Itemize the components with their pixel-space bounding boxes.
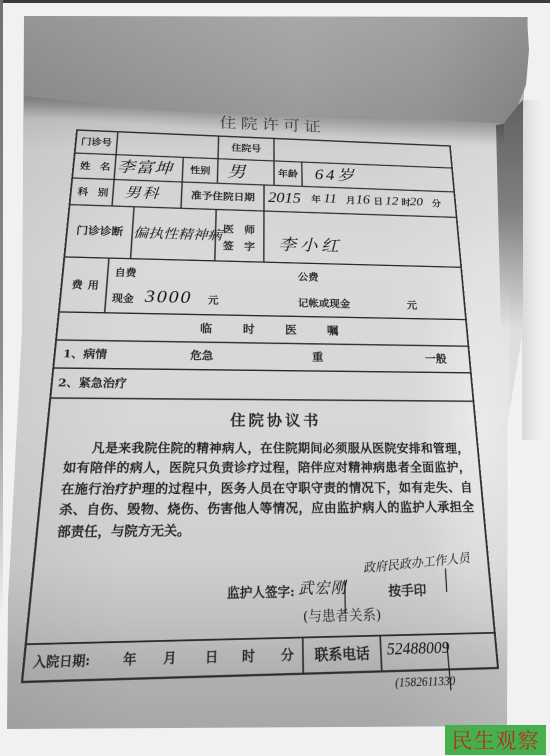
glyph: 在 [61,482,75,495]
glyph: ， [386,481,399,493]
glyph: 患 [385,462,398,474]
admission-date-minute-unit: 分 [281,638,294,675]
glyph: 由 [324,502,337,515]
glyph: 精 [196,442,209,454]
glyph: 的 [183,442,196,454]
agreement-line: 部责任，与院方无关。 [56,520,190,543]
glyph: 医 [169,462,182,474]
temporary-orders-heading: 临时医嘱 [200,315,339,345]
admission-date-year-unit: 年 [122,642,138,679]
department-label: 科别 [76,178,109,206]
glyph: 应 [323,462,336,474]
glyph: 服 [347,442,360,454]
glyph: 护 [446,462,459,474]
glyph: ， [285,462,298,474]
glyph: 签 [223,242,234,252]
age-label: 年龄 [274,161,302,186]
glyph: 名 [100,162,111,171]
permit-date-month: 11 [323,186,337,212]
glyph: 病 [373,462,386,474]
glyph: 人 [246,502,259,515]
glyph: 毁 [127,503,141,516]
diagnosis-label: 门诊诊断 [64,205,134,259]
glyph: 神 [209,442,222,454]
gender-label: 性别 [182,157,218,183]
glyph: 担 [449,501,462,514]
cash-amount: 3000 [144,287,192,308]
guardian-signature: 武宏刚 [298,577,347,600]
glyph: ， [298,502,311,515]
glyph: ， [457,442,470,454]
glyph: 病 [129,462,143,475]
glyph: 来 [118,442,132,454]
glyph: 物 [140,503,154,516]
glyph: 施 [74,482,88,495]
glyph: 院 [384,442,397,454]
glyph: 的 [116,462,130,475]
glyph: 治 [101,482,115,495]
glyph: 、 [154,503,168,516]
admission-date-label: 入院日期: [31,643,91,682]
glyph: 对 [335,462,348,474]
glyph: 必 [323,442,335,454]
department-value: 男科 [124,180,162,208]
glyph: 、 [194,503,207,516]
glyph: 伴 [103,462,117,475]
glyph: 管 [433,442,446,454]
agreement-line: 如有陪伴的病人，医院只负责诊疗过程，陪伴应对精神病患者全面监护， [62,458,471,479]
glyph: 院 [144,442,157,454]
glyph: 、 [72,503,86,516]
glyph: 害 [220,502,233,515]
glyph: 伤 [207,502,220,515]
glyph: 人 [424,501,437,514]
glyph: 病 [362,502,375,515]
glyph: ， [156,462,169,475]
fees-label: 费用 [69,257,101,312]
glyph: 我 [131,442,145,454]
glyph: 者 [397,462,410,474]
glyph: 监 [434,462,447,474]
row-line [50,398,473,401]
glyph: 情 [273,502,286,515]
glyph: 程 [181,482,194,495]
paper-outer-shade [522,100,544,440]
glyph: 、 [113,503,127,516]
glyph: 院 [170,442,183,454]
glyph: 守 [311,482,324,495]
physician-label-bottom: 签字 [223,238,255,255]
permit-date-day-unit: 日 [373,189,384,215]
glyph: 人 [374,501,387,514]
glyph: 人 [235,442,248,454]
glyph: 和 [421,442,434,454]
glyph: 有 [411,481,424,493]
physician-signature: 李小红 [278,235,342,258]
glyph: ， [208,482,221,495]
glyph: 诊 [234,462,247,474]
permit-date-day: 16 [355,188,370,214]
relationship-label: (与患者关系) [303,605,382,627]
glyph: 医 [285,324,297,335]
glyph: 的 [155,482,169,495]
glyph: 安 [396,442,409,454]
glyph: ， [458,462,471,474]
glyph: 在 [260,442,272,454]
glyph: 凡 [91,442,105,454]
glyph: 程 [273,462,285,474]
glyph: 科 [77,187,88,196]
glyph: 全 [461,501,474,514]
glyph: 住 [273,442,285,454]
glyph: 中 [194,482,207,495]
scanned-document-page: 住院许可证 [0,0,550,756]
glyph: 自 [86,503,100,516]
condition-label: 1、病情 [62,340,108,369]
glyph: 的 [387,501,400,514]
outpatient-no-label: 门诊号 [75,130,118,155]
glyph: 过 [260,462,273,474]
glyph: 下 [374,481,387,493]
phone-value: 52488009 [386,631,451,668]
glyph: 院 [182,462,195,474]
guardian-signature-label: 监护人签字: [227,583,295,605]
glyph: 在 [273,482,286,495]
glyph: 如 [63,462,77,475]
watermark-badge: 民生观察 [445,725,546,755]
admission-permit-form: 住院许可证 [22,130,498,682]
glyph: 自 [460,481,473,493]
permit-date-minute: 20 [409,190,424,216]
glyph: 全 [410,462,423,474]
glyph: 走 [423,481,436,493]
glyph: 精 [348,462,361,474]
glyph: 期 [298,442,310,454]
glyph: 用 [87,280,99,290]
glyph: 应 [311,502,324,515]
glyph: 失 [435,481,448,493]
glyph: 神 [360,462,373,474]
glyph: 杀 [59,503,74,516]
condition-option-general: 一般 [424,346,448,373]
glyph: 病 [222,442,235,454]
glyph: 况 [361,481,374,493]
glyph: 医 [221,482,234,495]
glyph: 务 [234,482,247,495]
glyph: 陪 [89,462,103,475]
scanner-edge-left [0,0,3,620]
glyph: 医 [223,225,234,235]
admission-permit-date-label: 准予住院日期 [181,182,264,211]
glyph: 姓 [80,161,91,170]
permit-date-year-unit: 年 [311,187,321,213]
glyph: 时 [243,324,255,335]
glyph: 疗 [247,462,260,474]
glyph: 人 [143,462,157,475]
scanner-edge-top [0,0,550,3]
glyph: 烧 [167,503,181,516]
inpatient-no-label: 住院号 [218,136,274,161]
account-or-cash-unit: 元 [406,298,417,312]
glyph: 如 [398,481,411,493]
admission-date-day-unit: 日 [204,640,218,677]
thumbprint-label: 按手印 [388,580,427,601]
glyph: 院 [285,442,297,454]
glyph: 行 [88,482,102,495]
glyph: 别 [97,188,108,197]
emergency-treatment-label: 2、紧急治疗 [57,368,128,399]
account-or-cash-label: 记帐或现金 [298,296,350,311]
admission-date-hour-unit: 时 [242,639,255,676]
glyph: 从 [360,442,373,454]
glyph: 疗 [115,482,129,495]
glyph: 面 [422,462,435,474]
glyph: 住 [157,442,170,454]
glyph: 人 [247,482,260,495]
glyph: 字 [244,242,255,252]
glyph: 费 [71,279,83,289]
glyph: 、 [448,481,461,493]
glyph: 情 [349,481,362,493]
permit-date-month-unit: 月 [345,188,355,214]
glyph: 他 [233,502,246,515]
glyph: 监 [400,501,413,514]
pen-stroke [445,569,447,592]
glyph: 等 [260,502,273,515]
condition-option-critical: 危急 [190,342,214,370]
glyph: 护 [128,482,142,495]
gender-value: 男 [227,159,246,184]
glyph: ， [247,442,259,454]
glyph: 护 [412,501,425,514]
glyph: 负 [208,462,221,474]
glyph: 过 [168,482,181,495]
self-pay-label: 自费 [114,265,137,280]
glyph: 理 [445,442,458,454]
glyph: 员 [260,482,273,495]
glyph: 的 [336,481,349,493]
glyph: 师 [244,225,255,235]
glyph: 只 [195,462,208,474]
glyph: 监 [337,502,350,515]
glyph: 伤 [180,503,193,516]
glyph: 医 [372,442,385,454]
glyph: 责 [221,462,234,474]
glyph: 理 [141,482,155,495]
cash-unit: 元 [208,293,219,307]
glyph: 承 [437,501,450,514]
name-label: 姓名 [79,153,111,179]
glyph: 护 [349,502,362,515]
glyph: 嘱 [327,325,339,336]
column-line [105,258,109,313]
glyph: 间 [310,442,322,454]
age-value: 64岁 [315,163,358,189]
glyph: 是 [105,442,119,454]
condition-option-serious: 重 [312,344,324,371]
glyph: 须 [335,442,347,454]
permit-date-hour: 12 [384,189,399,215]
glyph: 有 [76,462,90,475]
glyph: 陪 [298,462,311,474]
glyph: 伴 [310,462,323,474]
glyph: 守 [285,482,298,495]
public-expense-label: 公费 [298,270,319,284]
glyph: 临 [200,323,212,334]
physician-label-top: 医师 [223,221,255,238]
cash-label: 现金 [111,291,134,306]
admission-date-month-unit: 月 [162,641,177,678]
glyph: 责 [323,482,336,494]
agreement-line: 凡是来我院住院的精神病人，在住院期间必须服从医院安排和管理， [91,438,470,458]
glyph: 伤 [100,503,114,516]
agreement-title: 住院协议书 [225,410,324,430]
agreement-line: 杀、自伤、毁物、烧伤、伤害他人等情况，应由监护病人的监护人承担全 [58,497,475,521]
glyph: 况 [285,502,298,515]
permit-date-year: 2015 [268,184,301,211]
glyph: 职 [298,482,311,495]
diagnosis-value: 偏执性精神病 [133,223,223,247]
phone-label: 联系电话 [303,636,382,674]
patient-name-value: 李富坤 [116,155,174,182]
glyph: 排 [408,442,421,454]
phone-alt-value: (1582611330 [395,673,456,694]
agreement-line: 在施行治疗护理的过程中，医务人员在守职守责的情况下，如有走失、自 [60,477,473,499]
